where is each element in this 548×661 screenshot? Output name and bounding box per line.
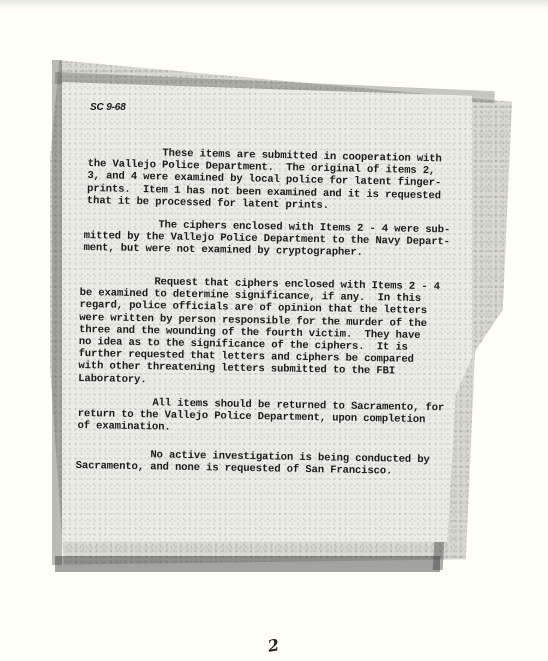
handwritten-page-number: 2 (267, 639, 280, 653)
paragraph-4: All items should be returned to Sacramen… (77, 396, 444, 439)
document-page: SC 9-68 These items are submitted in coo… (0, 0, 548, 661)
paragraph-5: No active investigation is being conduct… (76, 448, 430, 479)
file-number: SC 9-68 (90, 102, 126, 114)
paragraph-3: Request that ciphers enclosed with Items… (78, 275, 440, 391)
paragraph-2: The ciphers enclosed with Items 2 - 4 we… (83, 218, 450, 261)
paragraph-1: These items are submitted in cooperation… (87, 146, 442, 214)
